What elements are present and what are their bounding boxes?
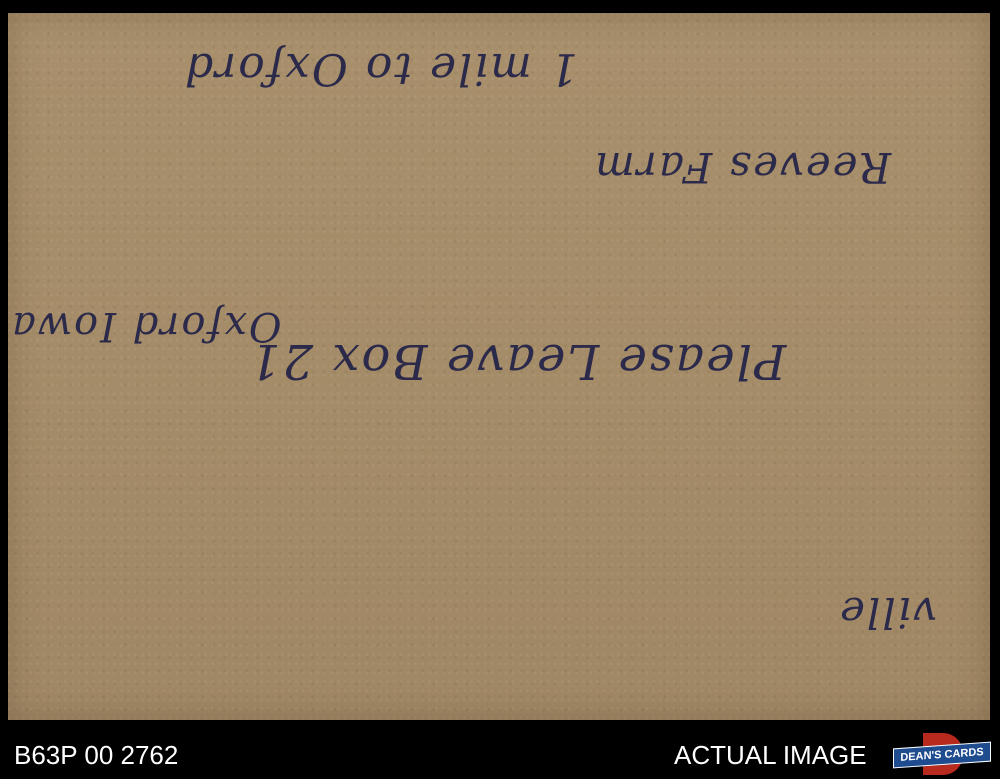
handwriting-line: 1 mile to Oxford [183, 43, 578, 94]
card-back: 1 mile to Oxford Reeves Farm Please Leav… [8, 13, 990, 720]
actual-image-label: ACTUAL IMAGE [674, 740, 867, 771]
handwriting-line: ville [838, 588, 937, 637]
handwriting-line: Reeves Farm [593, 143, 891, 192]
handwriting-line: Oxford Iowa [10, 303, 282, 349]
deans-cards-logo: DEAN'S CARDS [893, 733, 989, 775]
item-id: B63P 00 2762 [14, 740, 178, 771]
handwriting-line: Please Leave Box 21 [248, 333, 786, 389]
logo-ribbon: DEAN'S CARDS [893, 742, 991, 769]
